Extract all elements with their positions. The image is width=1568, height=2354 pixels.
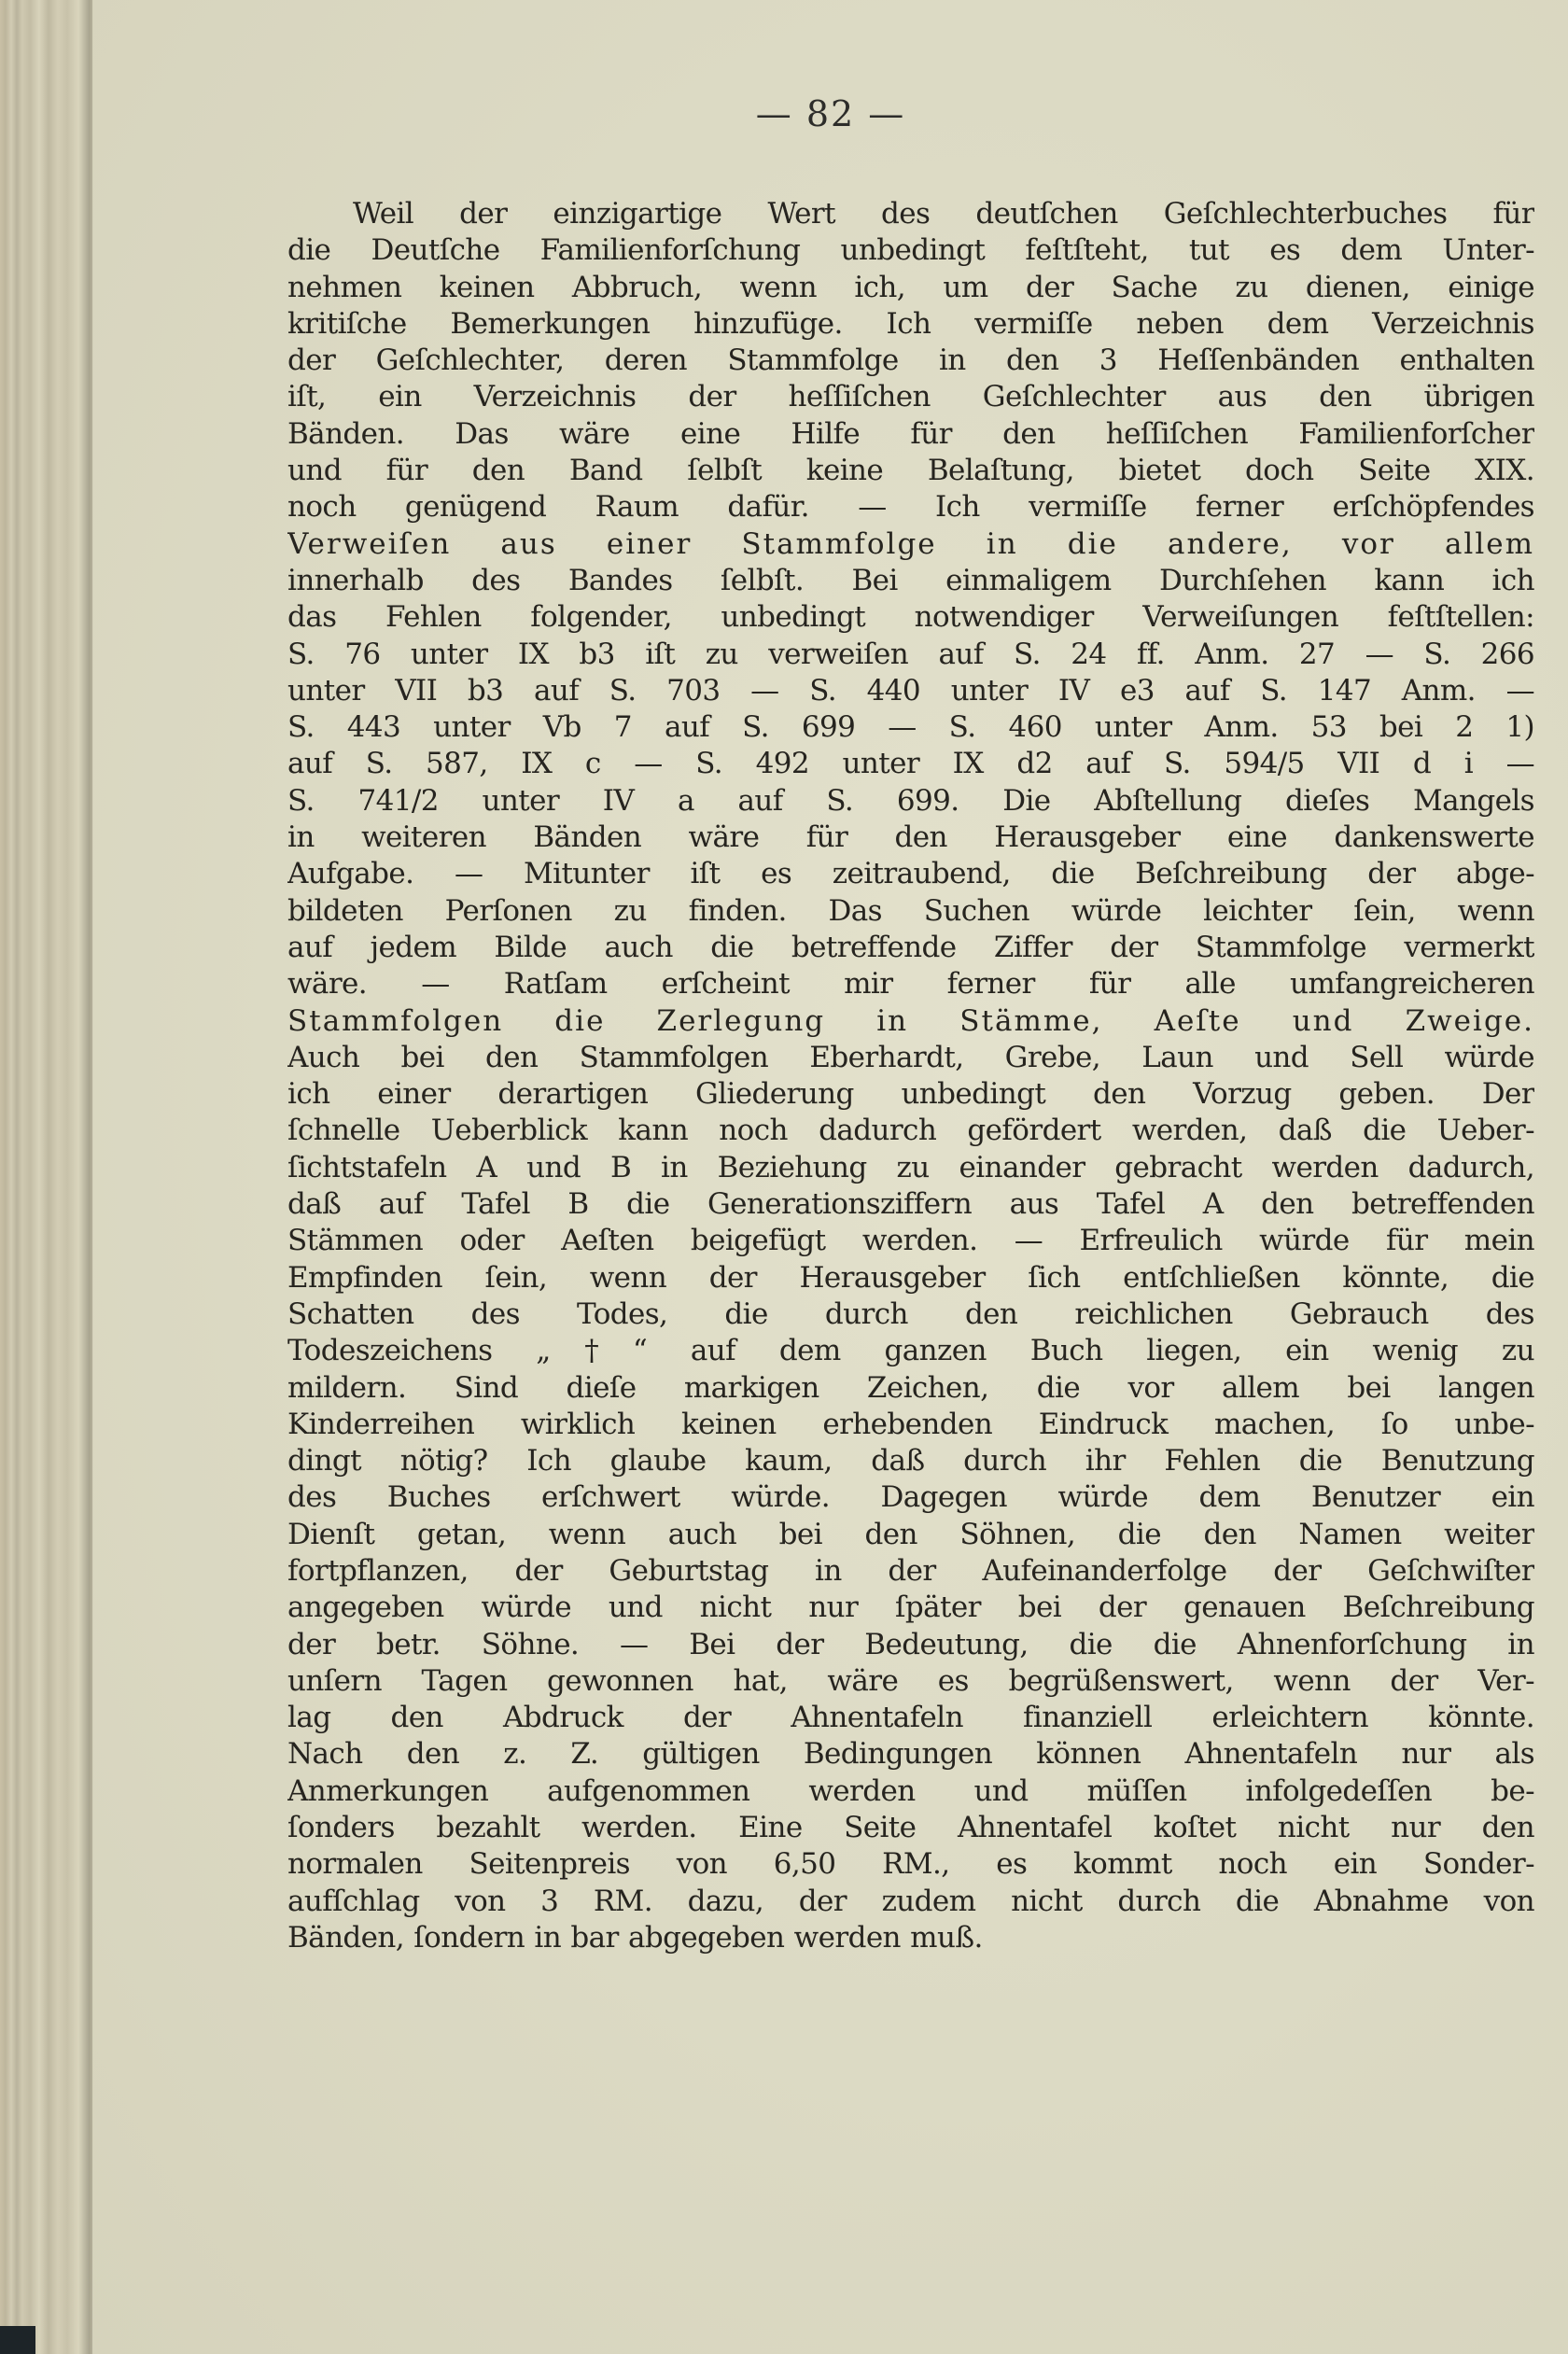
text-line: unter VII b3 auf S. 703 — S. 440 unter I…	[287, 673, 1534, 709]
text-line: Nach den z. Z. gültigen Bedingungen könn…	[287, 1736, 1534, 1773]
text-line: wäre. — Ratſam erſcheint mir ferner für …	[287, 966, 1534, 1002]
text-line: Anmerkungen aufgenommen werden und müſſe…	[287, 1773, 1534, 1810]
book-page: — 82 — Weil der einzigartige Wert des de…	[93, 0, 1568, 2354]
text-line: Stammfolgen die Zerlegung in Stämme, Aeſ…	[287, 1003, 1534, 1040]
text-line: bildeten Perſonen zu finden. Das Suchen …	[287, 893, 1534, 930]
text-line: lag den Abdruck der Ahnentafeln finanzie…	[287, 1700, 1534, 1736]
text-line: Dienſt getan, wenn auch bei den Söhnen, …	[287, 1517, 1534, 1553]
text-line: Auch bei den Stammfolgen Eberhardt, Greb…	[287, 1040, 1534, 1076]
text-line: die Deutſche Familienforſchung unbedingt…	[287, 232, 1534, 269]
text-line: das Fehlen folgender, unbedingt notwendi…	[287, 599, 1534, 636]
text-line: daß auf Tafel B die Generationsziffern a…	[287, 1186, 1534, 1223]
text-line: Aufgabe. — Mitunter iſt es zeitraubend, …	[287, 856, 1534, 892]
body-text: Weil der einzigartige Wert des deutſchen…	[287, 196, 1534, 1956]
text-line: dingt nötig? Ich glaube kaum, daß durch …	[287, 1443, 1534, 1479]
text-line: des Buches erſchwert würde. Dagegen würd…	[287, 1479, 1534, 1516]
text-line: ſchnelle Ueberblick kann noch dadurch ge…	[287, 1113, 1534, 1149]
text-line: kritiſche Bemerkungen hinzufüge. Ich ver…	[287, 306, 1534, 343]
gutter-shadow	[90, 0, 92, 2354]
page-number: — 82 —	[93, 93, 1568, 134]
text-line: mildern. Sind dieſe markigen Zeichen, di…	[287, 1370, 1534, 1407]
text-line: Weil der einzigartige Wert des deutſchen…	[287, 196, 1534, 232]
text-line: und für den Band ſelbſt keine Belaſtung,…	[287, 453, 1534, 489]
text-line: Schatten des Todes, die durch den reichl…	[287, 1296, 1534, 1333]
text-line: auf S. 587, IX c — S. 492 unter IX d2 au…	[287, 746, 1534, 782]
text-line: der betr. Söhne. — Bei der Bedeutung, di…	[287, 1627, 1534, 1663]
text-line: S. 76 unter IX b3 iſt zu verweiſen auf S…	[287, 637, 1534, 673]
page-corner-background	[0, 2326, 35, 2354]
text-line: Bänden, ſondern in bar abgegeben werden …	[287, 1920, 1534, 1956]
text-line: innerhalb des Bandes ſelbſt. Bei einmali…	[287, 563, 1534, 599]
text-line: Stämmen oder Aeſten beigefügt werden. — …	[287, 1223, 1534, 1259]
text-line: S. 741/2 unter IV a auf S. 699. Die Abſt…	[287, 783, 1534, 820]
text-line: S. 443 unter Vb 7 auf S. 699 — S. 460 un…	[287, 709, 1534, 746]
text-line: fortpflanzen, der Geburtstag in der Aufe…	[287, 1553, 1534, 1590]
text-line: Empfinden ſein, wenn der Herausgeber ſic…	[287, 1260, 1534, 1296]
text-line: auf jedem Bilde auch die betreffende Zif…	[287, 930, 1534, 966]
text-line: normalen Seitenpreis von 6,50 RM., es ko…	[287, 1846, 1534, 1883]
text-line: noch genügend Raum dafür. — Ich vermiſſe…	[287, 489, 1534, 525]
text-line: in weiteren Bänden wäre für den Herausge…	[287, 820, 1534, 856]
text-line: Todeszeichens „†“ auf dem ganzen Buch li…	[287, 1333, 1534, 1369]
text-line: Kinderreihen wirklich keinen erhebenden …	[287, 1407, 1534, 1443]
book-spine-edge	[0, 0, 93, 2354]
text-line: angegeben würde und nicht nur ſpäter bei…	[287, 1590, 1534, 1626]
text-line: ſonders bezahlt werden. Eine Seite Ahnen…	[287, 1810, 1534, 1846]
text-line: ich einer derartigen Gliederung unbeding…	[287, 1076, 1534, 1113]
text-line: iſt, ein Verzeichnis der heſſiſchen Geſc…	[287, 379, 1534, 415]
text-line: Verweiſen aus einer Stammfolge in die an…	[287, 526, 1534, 563]
text-line: aufſchlag von 3 RM. dazu, der zudem nich…	[287, 1884, 1534, 1920]
text-line: ſichtstafeln A und B in Beziehung zu ein…	[287, 1150, 1534, 1186]
text-line: nehmen keinen Abbruch, wenn ich, um der …	[287, 270, 1534, 306]
text-line: Bänden. Das wäre eine Hilfe für den heſſ…	[287, 416, 1534, 453]
text-line: der Geſchlechter, deren Stammfolge in de…	[287, 343, 1534, 379]
text-line: unſern Tagen gewonnen hat, wäre es begrü…	[287, 1663, 1534, 1700]
